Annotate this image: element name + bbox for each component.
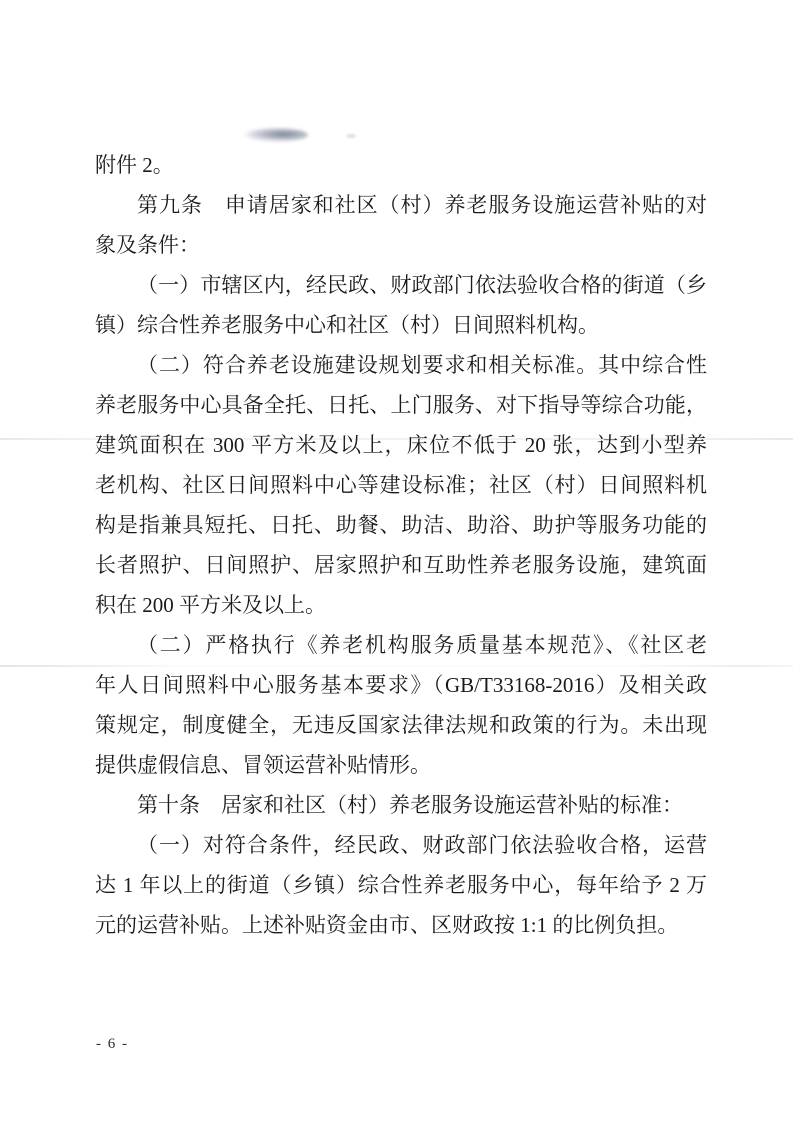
text-line: 构是指兼具短托、日托、助餐、助洁、助浴、助护等服务功能的 [95, 505, 707, 545]
text-line: 元的运营补贴。上述补贴资金由市、区财政按 1:1 的比例负担。 [95, 905, 707, 945]
text-line: 第十条 居家和社区（村）养老服务设施运营补贴的标准： [95, 785, 707, 825]
text-line: 策规定，制度健全，无违反国家法律法规和政策的行为。未出现 [95, 705, 707, 745]
text-line: （一）对符合条件，经民政、财政部门依法验收合格，运营 [95, 825, 707, 865]
text-line: 年人日间照料中心服务基本要求》（GB/T33168-2016）及相关政 [95, 665, 707, 705]
text-line: 达 1 年以上的街道（乡镇）综合性养老服务中心，每年给予 2 万 [95, 865, 707, 905]
document-text-body: 附件 2。第九条 申请居家和社区（村）养老服务设施运营补贴的对象及条件：（一）市… [95, 145, 707, 945]
text-line: 长者照护、日间照护、居家照护和互助性养老服务设施，建筑面 [95, 545, 707, 585]
paragraph-article-9-item-3: （二）严格执行《养老机构服务质量基本规范》、《社区老年人日间照料中心服务基本要求… [95, 625, 707, 785]
paragraph-attachment-note: 附件 2。 [95, 145, 707, 185]
text-line: （一）市辖区内，经民政、财政部门依法验收合格的街道（乡 [95, 265, 707, 305]
page-number: - 6 - [96, 1036, 129, 1053]
paragraph-article-9-item-2: （二）符合养老设施建设规划要求和相关标准。其中综合性养老服务中心具备全托、日托、… [95, 345, 707, 625]
paragraph-article-10-item-1: （一）对符合条件，经民政、财政部门依法验收合格，运营达 1 年以上的街道（乡镇）… [95, 825, 707, 945]
text-line: 养老服务中心具备全托、日托、上门服务、对下指导等综合功能， [95, 385, 707, 425]
text-line: 第九条 申请居家和社区（村）养老服务设施运营补贴的对 [95, 185, 707, 225]
text-line: 老机构、社区日间照料中心等建设标准；社区（村）日间照料机 [95, 465, 707, 505]
text-line: 积在 200 平方米及以上。 [95, 585, 707, 625]
text-line: 象及条件： [95, 225, 707, 265]
scanned-document-page: 附件 2。第九条 申请居家和社区（村）养老服务设施运营补贴的对象及条件：（一）市… [0, 0, 793, 1122]
scan-smudge-mark [244, 128, 308, 142]
text-line: （二）符合养老设施建设规划要求和相关标准。其中综合性 [95, 345, 707, 385]
paragraph-article-10-intro: 第十条 居家和社区（村）养老服务设施运营补贴的标准： [95, 785, 707, 825]
text-line: 镇）综合性养老服务中心和社区（村）日间照料机构。 [95, 305, 707, 345]
text-line: 提供虚假信息、冒领运营补贴情形。 [95, 745, 707, 785]
text-line: 建筑面积在 300 平方米及以上，床位不低于 20 张，达到小型养 [95, 425, 707, 465]
paragraph-article-9-item-1: （一）市辖区内，经民政、财政部门依法验收合格的街道（乡镇）综合性养老服务中心和社… [95, 265, 707, 345]
text-line: （二）严格执行《养老机构服务质量基本规范》、《社区老 [95, 625, 707, 665]
text-line: 附件 2。 [95, 145, 707, 185]
paragraph-article-9-intro: 第九条 申请居家和社区（村）养老服务设施运营补贴的对象及条件： [95, 185, 707, 265]
scan-smudge-dot [346, 134, 356, 138]
